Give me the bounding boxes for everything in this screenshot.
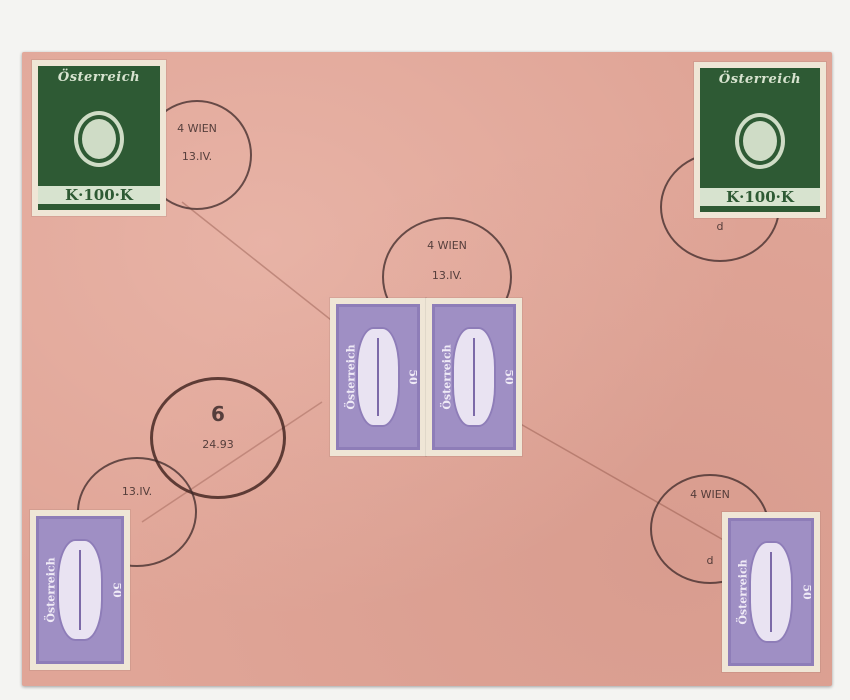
- stamp-50-bottom-left: Österreich50: [30, 510, 130, 670]
- portrait-icon: [78, 115, 120, 163]
- stamp-50-bottom-right: Österreich50: [722, 512, 820, 672]
- stamp-value: K·100·K: [700, 188, 820, 206]
- stamp-100k-top-left: Österreich K·100·K: [32, 60, 166, 216]
- portrait-icon: [739, 117, 781, 165]
- stamp-country: Österreich: [58, 70, 140, 85]
- stamp-50-pair-left: Österreich50: [330, 298, 426, 456]
- envelope: 4 WIEN 13.IV. d 4 WIEN 13.IV. 6 24.93 13…: [22, 52, 832, 686]
- stamp-50-pair-right: Österreich50: [426, 298, 522, 456]
- stamp-value: K·100·K: [38, 186, 160, 204]
- stamp-country: Österreich: [719, 72, 801, 87]
- stamp-100k-top-right: Österreich K·100·K: [694, 62, 826, 218]
